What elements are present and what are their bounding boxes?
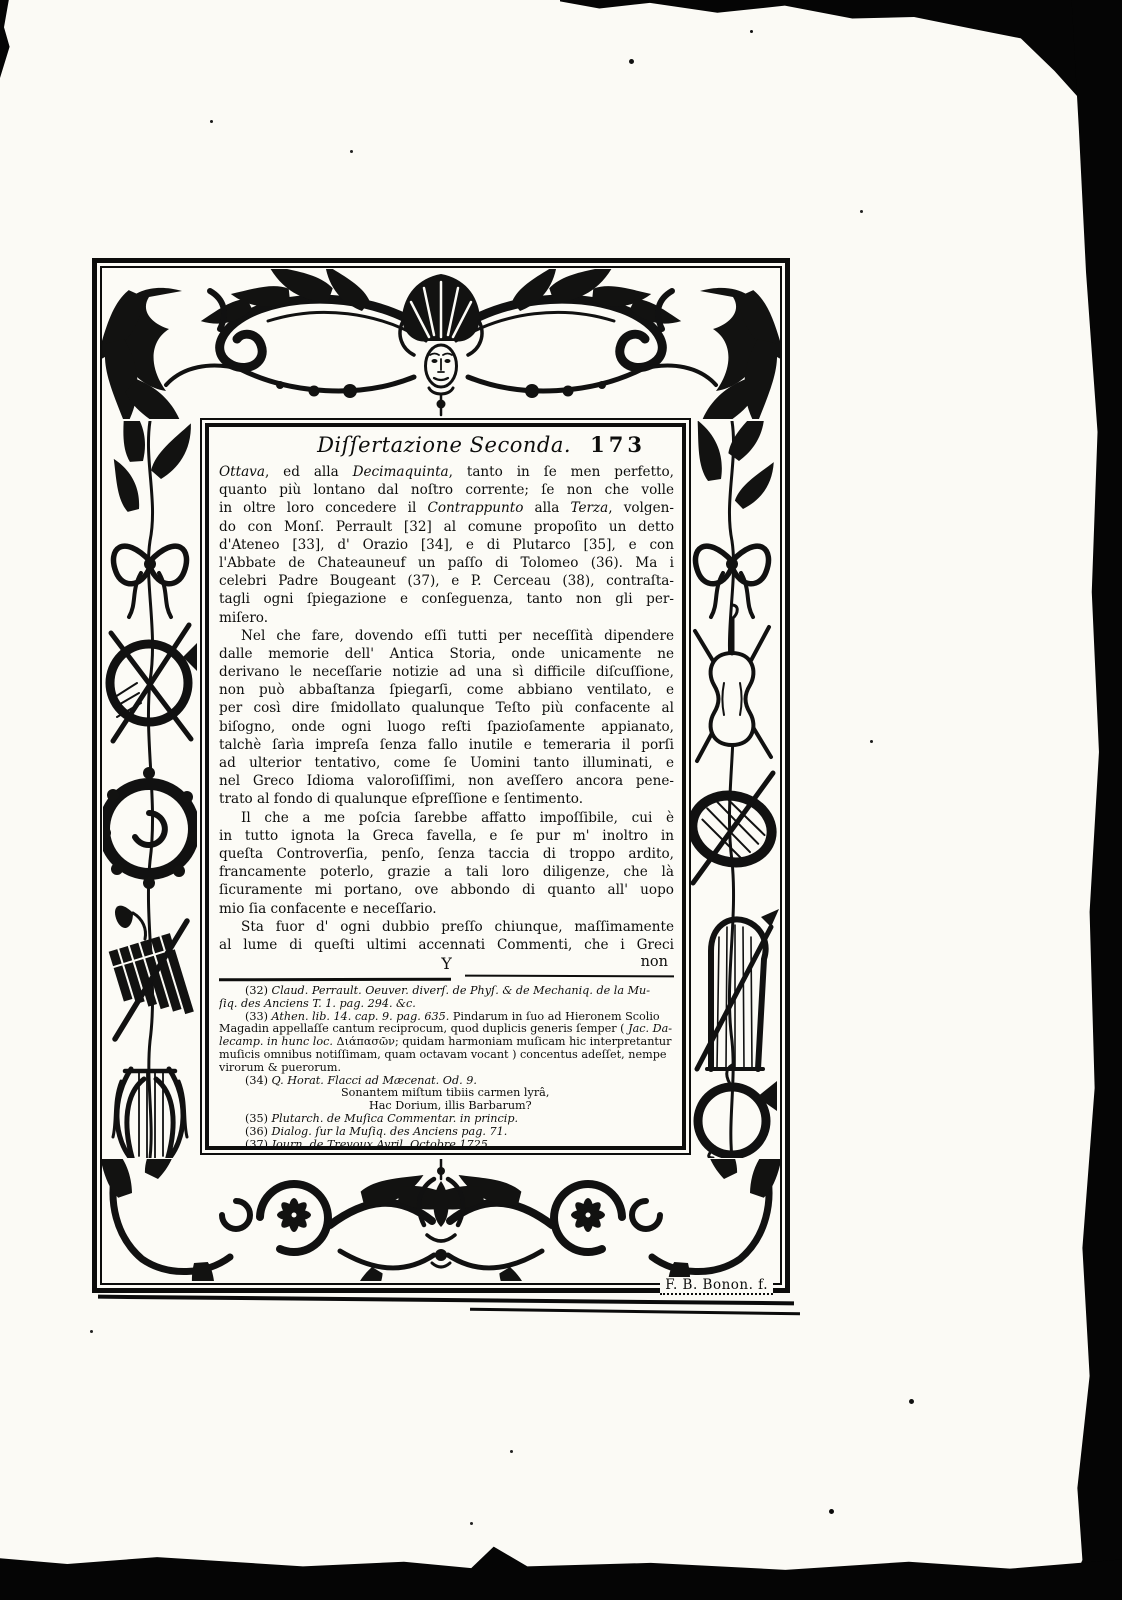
text-segment: (35) (245, 1113, 272, 1125)
text-segment: in oltre loro concedere il (219, 500, 427, 516)
italic-text-segment: Journ. de Trevoux Avril, Octobre 1725. (272, 1139, 492, 1150)
body-line: nel Greco Idioma valoroſiſſimi, non aveſ… (219, 772, 674, 790)
text-segment: , volgen- (608, 500, 674, 516)
text-segment: francamente poterlo, grazie a tali loro … (219, 864, 674, 880)
body-line: biſogno, onde ogni luogo reſti ſpazioſam… (219, 718, 674, 736)
gathering-signature-mark: Y (441, 954, 452, 973)
footnote-line: (34) Q. Horat. Flacci ad Mæcenat. Od. 9. (219, 1075, 674, 1088)
text-segment: do con Monſ. Perrault [32] al comune pro… (219, 519, 674, 535)
paper-speckles (210, 120, 213, 123)
text-segment: biſogno, onde ogni luogo reſti ſpazioſam… (219, 719, 674, 735)
italic-text-segment: Ottava (219, 464, 265, 480)
footnote-line: lecamp. in hunc loc. Διάπασῶν; quidam ha… (219, 1036, 674, 1049)
engraver-credit: F. B. Bonon. f. (660, 1277, 773, 1295)
text-segment: tagli ogni ſpiegazione e conſeguenza, ta… (219, 591, 674, 607)
text-segment: Pindarum in ſuo ad Hieronem Scolio (449, 1011, 659, 1023)
body-line: quanto più lontano dal noſtro corrente; … (219, 481, 674, 499)
body-line: talchè ſarìa impreſa ſenza fallo inutile… (219, 736, 674, 754)
footnote-line: ſiq. des Anciens T. 1. pag. 294. &c. (219, 998, 674, 1011)
footnote-line: (35) Plutarch. de Muſica Commentar. in p… (219, 1113, 674, 1126)
text-segment: per così dire ſmidollato qualunque Teſto… (219, 700, 674, 716)
italic-text-segment: Claud. Perrault. Oeuver. diverſ. de Phyſ… (272, 985, 651, 997)
italic-text-segment: Contrappunto (427, 500, 523, 516)
italic-text-segment: Jac. Da- (628, 1023, 672, 1035)
text-segment: Hac Dorium, illis Barbarum? (369, 1100, 532, 1112)
text-segment: alla (523, 500, 570, 516)
ornament-right-instrument-trophy (685, 421, 779, 1158)
footnote-line: (36) Dialog. ſur la Muſiq. des Anciens p… (219, 1126, 674, 1139)
footnote-line: muſicis omnibus notiſſimam, quam octavam… (219, 1049, 674, 1062)
text-segment: virorum & puerorum. (219, 1062, 341, 1074)
body-line: mio ſia confacente e neceſſario. (219, 900, 674, 918)
body-line: queſta Controverſia, penſo, ſenza taccia… (219, 845, 674, 863)
body-line: francamente poterlo, grazie a tali loro … (219, 863, 674, 881)
text-segment: queſta Controverſia, penſo, ſenza taccia… (219, 846, 674, 862)
italic-text-segment: ſiq. des Anciens T. 1. pag. 294. &c. (219, 998, 416, 1010)
text-segment: d'Ateneo [33], d' Orazio [34], e di Plut… (219, 537, 674, 553)
text-segment: celebri Padre Bougeant (37), e P. Cercea… (219, 573, 674, 589)
body-line: ad ulterior tentativo, come ſe Uomini ta… (219, 754, 674, 772)
body-line: trato al fondo di qualunque eſpreſſione … (219, 790, 674, 808)
text-segment: ſicuramente mi portano, ove abbondo di q… (219, 882, 674, 898)
body-line: Nel che fare, dovendo eſſi tutti per nec… (219, 627, 674, 645)
text-segment: (33) (245, 1011, 272, 1023)
text-segment: Nel che fare, dovendo eſſi tutti per nec… (241, 628, 674, 644)
ornament-bottom-scrollwork (102, 1159, 780, 1281)
bottom-scrollwork-engraving (102, 1159, 780, 1281)
text-segment: ad ulterior tentativo, come ſe Uomini ta… (219, 755, 674, 771)
body-line: al lume di queſti ultimi accennati Comme… (219, 936, 674, 954)
italic-text-segment: lecamp. in hunc loc. (219, 1036, 333, 1048)
running-title: Diſſertazione Seconda. (317, 433, 571, 457)
body-line: non può abbaſtanza ſpiegarſi, come abbia… (219, 681, 674, 699)
footnote-line: (37) Journ. de Trevoux Avril, Octobre 17… (219, 1139, 674, 1150)
page-header: Diſſertazione Seconda. 173 (219, 432, 674, 459)
text-segment: miſero. (219, 610, 268, 626)
text-segment: in tutto ignota la Greca favella, e ſe p… (219, 828, 674, 844)
body-line: per così dire ſmidollato qualunque Teſto… (219, 699, 674, 717)
torn-paper-edge-top-left (0, 0, 16, 78)
body-line: Sta fuor d' ogni dubbio preſſo chiunque,… (219, 918, 674, 936)
footnote-rule-left (219, 978, 451, 981)
text-segment: (32) (245, 985, 272, 997)
scanned-book-page: Diſſertazione Seconda. 173 Ottava, ed al… (0, 0, 1122, 1600)
catchword: non (641, 954, 668, 970)
signature-row: Y non (219, 954, 674, 973)
body-line: derivano le neceſſarie notizie ad una sì… (219, 663, 674, 681)
text-segment: Il che a me poſcia ſarebbe affatto impoſ… (241, 810, 674, 826)
body-line: do con Monſ. Perrault [32] al comune pro… (219, 518, 674, 536)
body-line: Il che a me poſcia ſarebbe affatto impoſ… (219, 809, 674, 827)
body-line: Ottava, ed alla Decimaquinta, tanto in ſ… (219, 463, 674, 481)
text-segment: Διάπασῶν; quidam harmoniam muſicam hic i… (333, 1036, 672, 1048)
text-segment: derivano le neceſſarie notizie ad una sì… (219, 664, 674, 680)
text-segment: Sta fuor d' ogni dubbio preſſo chiunque,… (241, 919, 674, 935)
italic-text-segment: Q. Horat. Flacci ad Mæcenat. Od. 9. (272, 1075, 477, 1087)
footnote-line: Sonantem miſtum tibiis carmen lyrâ, (219, 1087, 674, 1100)
text-block-inner: Diſſertazione Seconda. 173 Ottava, ed al… (205, 423, 686, 1150)
text-segment: (36) (245, 1126, 272, 1138)
text-segment: Magadin appellaſſe cantum reciprocum, qu… (219, 1023, 628, 1035)
body-line: dalle memorie dell' Antica Storia, onde … (219, 645, 674, 663)
footnote-line: (32) Claud. Perrault. Oeuver. diverſ. de… (219, 985, 674, 998)
body-line: miſero. (219, 609, 674, 627)
text-segment: talchè ſarìa impreſa ſenza fallo inutile… (219, 737, 674, 753)
italic-text-segment: Terza (570, 500, 608, 516)
footnote-line: Magadin appellaſſe cantum reciprocum, qu… (219, 1023, 674, 1036)
body-text: Ottava, ed alla Decimaquinta, tanto in ſ… (219, 463, 674, 954)
torn-paper-edge-right (1050, 0, 1122, 1600)
footnote-rule-right (465, 975, 674, 978)
italic-text-segment: Athen. lib. 14. cap. 9. pag. 635. (272, 1011, 450, 1023)
page-number: 173 (571, 432, 674, 457)
text-segment: nel Greco Idioma valoroſiſſimi, non aveſ… (219, 773, 674, 789)
plate-bottom-ghost-line (98, 1295, 794, 1306)
baroque-scrollwork-mask-engraving (102, 269, 780, 419)
body-line: in tutto ignota la Greca favella, e ſe p… (219, 827, 674, 845)
ornament-left-instrument-trophy (103, 421, 197, 1158)
text-segment: non può abbaſtanza ſpiegarſi, come abbia… (219, 682, 674, 698)
torn-paper-edge-top (560, 0, 1122, 142)
text-segment: al lume di queſti ultimi accennati Comme… (219, 937, 674, 953)
footnote-line: (33) Athen. lib. 14. cap. 9. pag. 635. P… (219, 1011, 674, 1024)
text-segment: trato al fondo di qualunque eſpreſſione … (219, 791, 583, 807)
footnotes-block: (32) Claud. Perrault. Oeuver. diverſ. de… (219, 985, 674, 1150)
body-line: tagli ogni ſpiegazione e conſeguenza, ta… (219, 590, 674, 608)
text-segment: dalle memorie dell' Antica Storia, onde … (219, 646, 674, 662)
italic-text-segment: Dialog. ſur la Muſiq. des Anciens pag. 7… (272, 1126, 508, 1138)
text-segment: Sonantem miſtum tibiis carmen lyrâ, (341, 1087, 549, 1099)
text-block-frame: Diſſertazione Seconda. 173 Ottava, ed al… (200, 418, 691, 1155)
ornament-top-mask-and-scrolls (102, 269, 780, 419)
text-segment: (37) (245, 1139, 272, 1150)
torn-paper-edge-bottom (0, 1542, 1122, 1600)
body-line: d'Ateneo [33], d' Orazio [34], e di Plut… (219, 536, 674, 554)
italic-text-segment: Decimaquinta (353, 464, 449, 480)
text-segment: , tanto in ſe men perfetto, (449, 464, 674, 480)
text-segment: , ed alla (265, 464, 353, 480)
engraved-border-plate: Diſſertazione Seconda. 173 Ottava, ed al… (92, 258, 790, 1293)
text-segment: l'Abbate de Chateauneuf un paſſo di Tolo… (219, 555, 674, 571)
body-line: celebri Padre Bougeant (37), e P. Cercea… (219, 572, 674, 590)
plate-bottom-ghost-line-2 (470, 1308, 800, 1316)
footnote-separator (219, 975, 674, 982)
text-segment: quanto più lontano dal noſtro corrente; … (219, 482, 674, 498)
right-trophy-engraving (685, 421, 779, 1158)
italic-text-segment: Plutarch. de Muſica Commentar. in princi… (272, 1113, 519, 1125)
body-line: l'Abbate de Chateauneuf un paſſo di Tolo… (219, 554, 674, 572)
footnote-line: Hac Dorium, illis Barbarum? (219, 1100, 674, 1113)
footnote-line: virorum & puerorum. (219, 1062, 674, 1075)
text-segment: mio ſia confacente e neceſſario. (219, 901, 437, 917)
text-segment: (34) (245, 1075, 272, 1087)
body-line: ſicuramente mi portano, ove abbondo di q… (219, 881, 674, 899)
text-segment: muſicis omnibus notiſſimam, quam octavam… (219, 1049, 667, 1061)
body-line: in oltre loro concedere il Contrappunto … (219, 499, 674, 517)
left-trophy-engraving (103, 421, 197, 1158)
